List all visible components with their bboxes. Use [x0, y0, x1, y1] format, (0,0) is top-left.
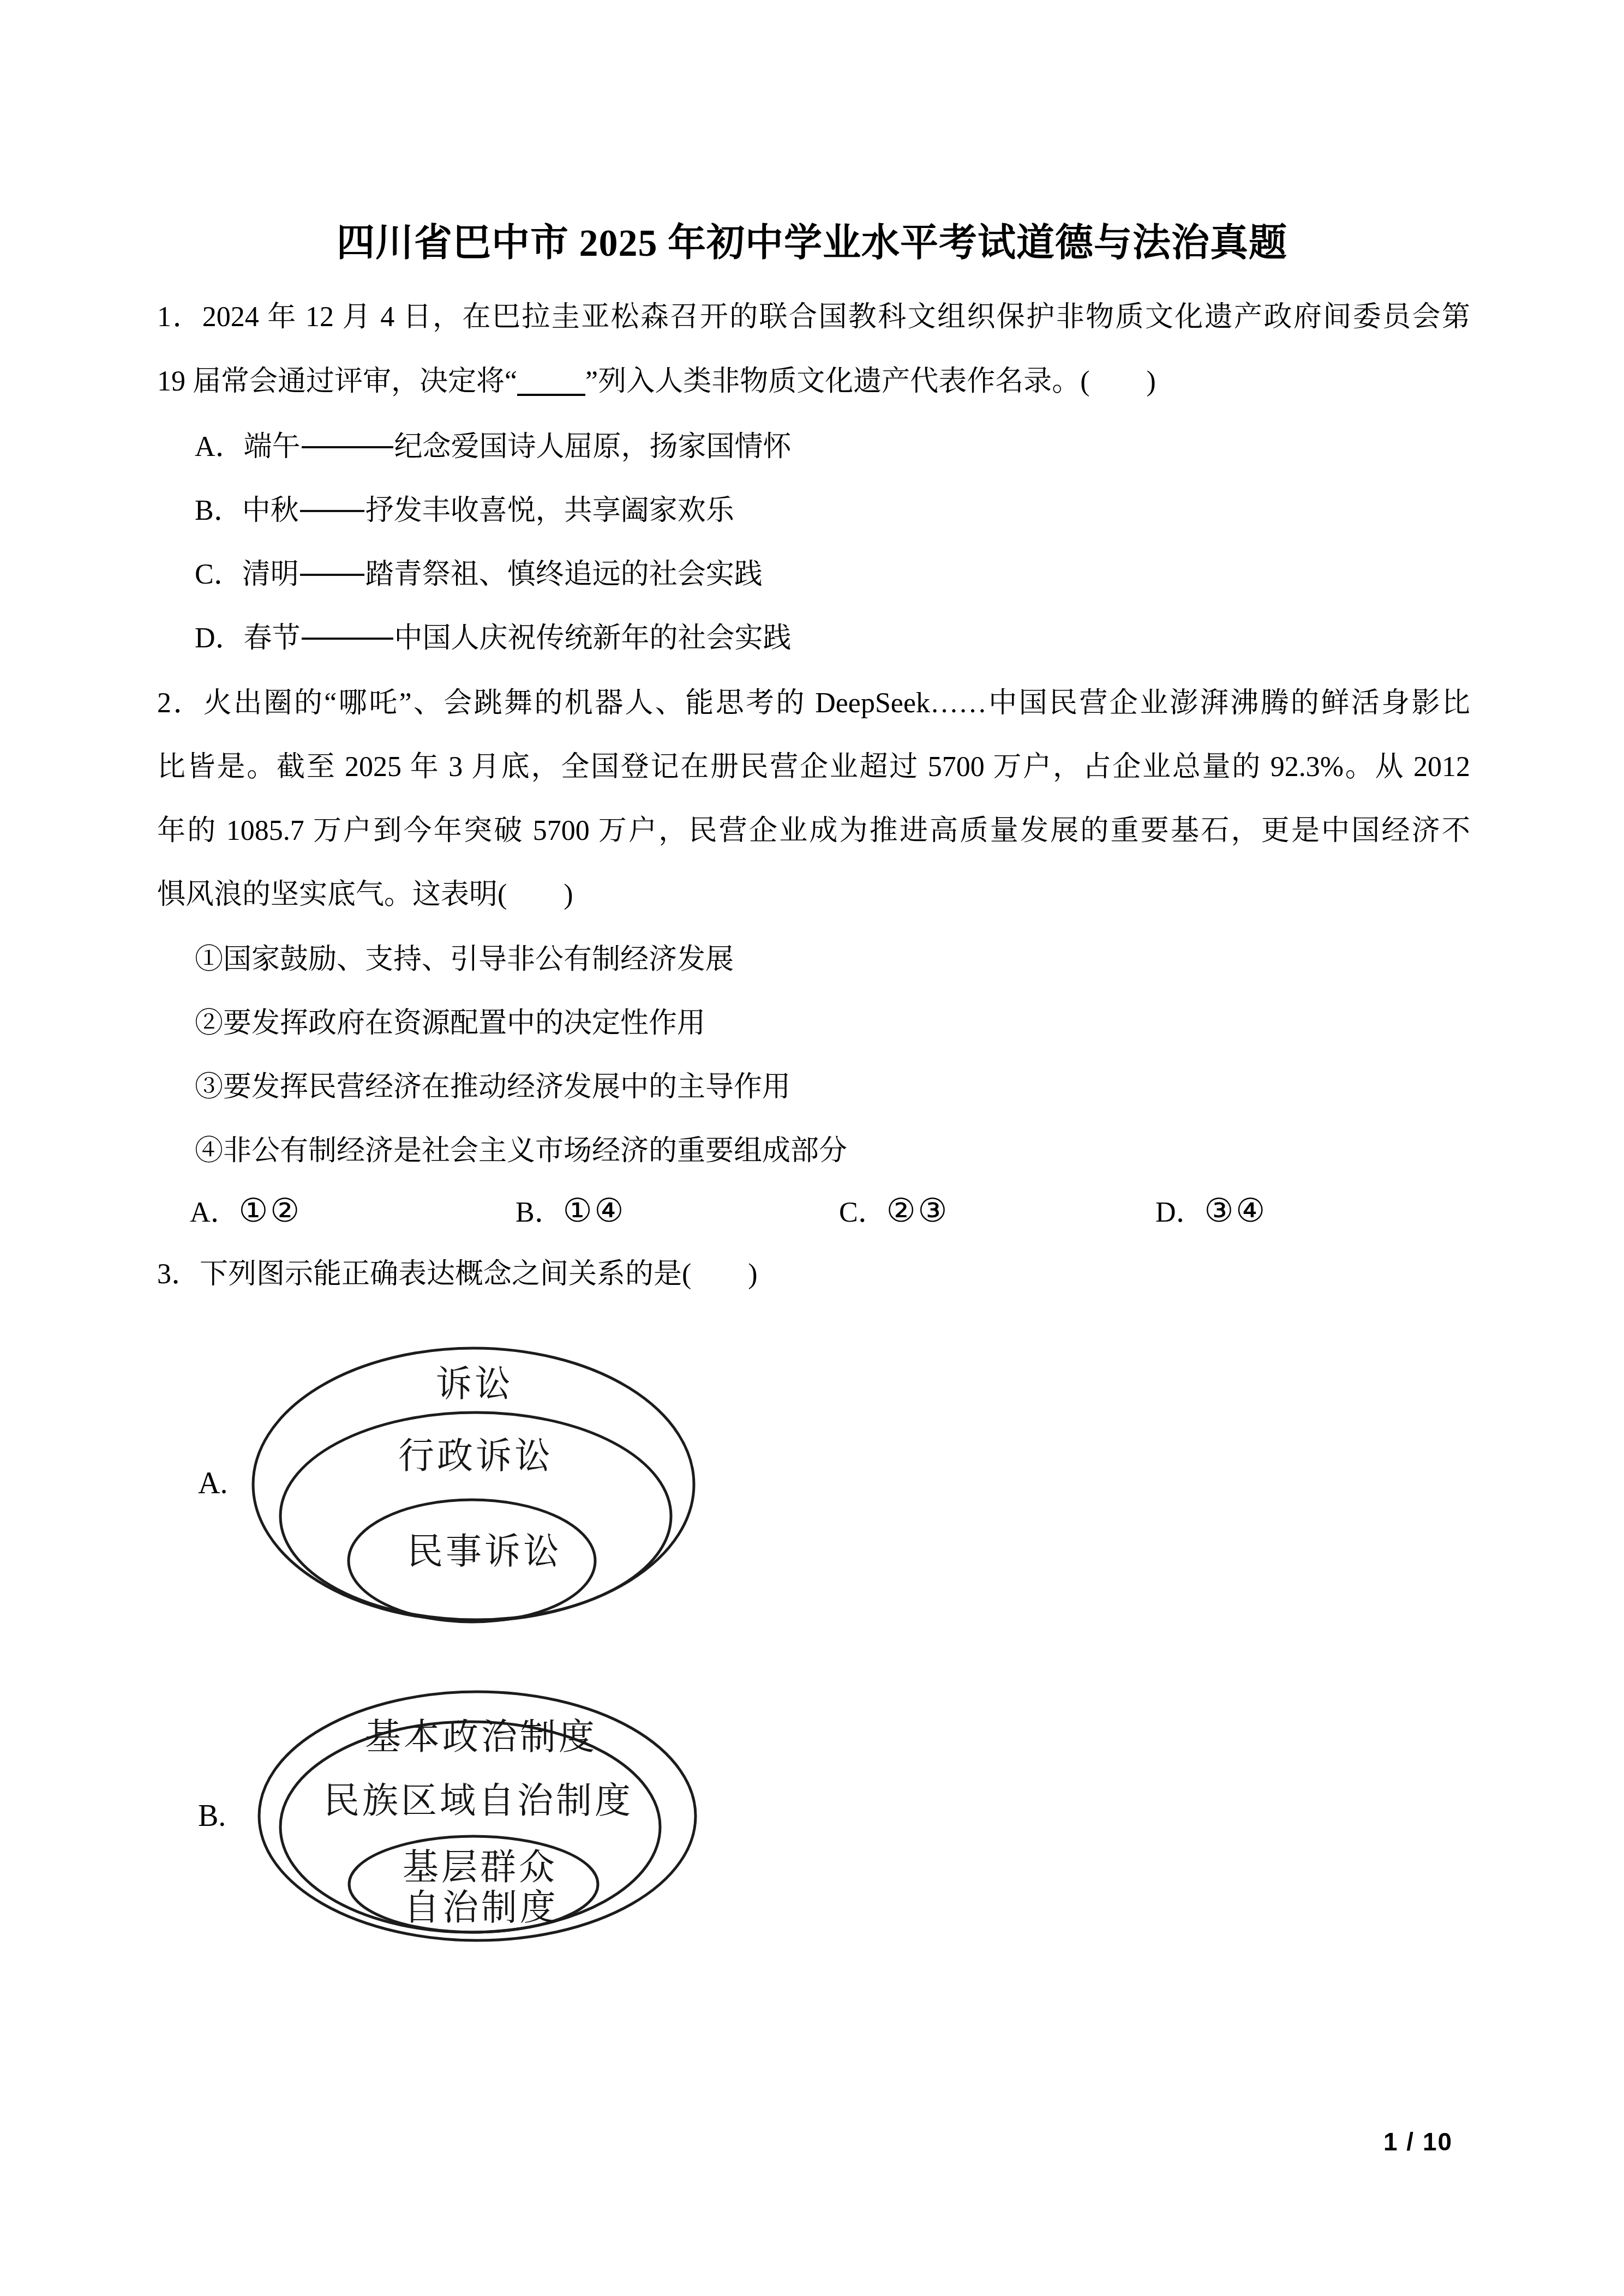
diagram-a-label: A.	[198, 1466, 227, 1501]
em-dash-long	[302, 446, 393, 448]
question-1-line-2-post: ”列入人类非物质文化遗产代表作名录。( )	[585, 366, 1156, 397]
diagram-a-inner-label: 民事诉讼	[407, 1532, 562, 1572]
answer-a-numbers: ①②	[239, 1193, 302, 1229]
question-2-line-1: 2．火出圈的“哪吒”、会跳舞的机器人、能思考的 DeepSeek……中国民营企业…	[157, 686, 1470, 721]
answer-d-numbers: ③④	[1204, 1193, 1268, 1229]
question-1-line-2: 19 届常会通过评审，决定将“”列入人类非物质文化遗产代表作名录。( )	[157, 364, 1470, 399]
diagram-b-label: B.	[198, 1799, 226, 1834]
page-title: 四川省巴中市 2025 年初中学业水平考试道德与法治真题	[0, 222, 1624, 266]
question-3-line-1: 3．下列图示能正确表达概念之间关系的是( )	[157, 1257, 1470, 1292]
diagram-b-inner-label-line-2: 自治制度	[404, 1888, 559, 1928]
em-dash-long	[302, 638, 393, 640]
option-d-subject: D．春节	[195, 623, 301, 654]
answer-b-label: B．	[516, 1197, 563, 1228]
question-1-option-b: B．中秋抒发丰收喜悦，共享阖家欢乐	[195, 494, 1470, 528]
option-c-subject: C．清明	[195, 559, 299, 590]
answer-b-numbers: ①④	[563, 1193, 626, 1229]
exam-document-page: 四川省巴中市 2025 年初中学业水平考试道德与法治真题 1．2024 年 12…	[0, 0, 1624, 2296]
diagram-a-outer-label: 诉讼	[436, 1365, 513, 1404]
answer-option-b: B．①④	[516, 1186, 626, 1237]
question-2-statement-2: ②要发挥政府在资源配置中的决定性作用	[195, 1006, 1470, 1041]
option-d-description: 中国人庆祝传统新年的社会实践	[394, 623, 792, 654]
option-a-description: 纪念爱国诗人屈原，扬家国情怀	[394, 431, 792, 462]
em-dash-short	[300, 510, 364, 512]
page-number: 1 / 10	[1383, 2127, 1453, 2156]
question-2-line-4: 惧风浪的坚实底气。这表明( )	[157, 877, 1470, 912]
question-2-line-2: 比皆是。截至 2025 年 3 月底，全国登记在册民营企业超过 5700 万户，…	[157, 750, 1470, 785]
answer-option-a: A．①②	[190, 1186, 302, 1237]
answer-a-label: A．	[190, 1197, 239, 1228]
option-a-subject: A．端午	[195, 431, 301, 462]
diagram-a-middle-label: 行政诉讼	[398, 1436, 553, 1476]
answer-d-label: D．	[1155, 1197, 1204, 1228]
diagram-b-middle-label: 民族区域自治制度	[323, 1781, 633, 1821]
question-2-statement-4: ④非公有制经济是社会主义市场经济的重要组成部分	[195, 1134, 1470, 1169]
answer-option-d: D．③④	[1155, 1186, 1267, 1237]
question-2-line-3: 年的 1085.7 万户到今年突破 5700 万户，民营企业成为推进高质量发展的…	[157, 814, 1470, 849]
option-b-subject: B．中秋	[195, 495, 299, 526]
diagram-b-outer-label: 基本政治制度	[365, 1717, 597, 1757]
venn-diagram-a: 诉讼 行政诉讼 民事诉讼	[248, 1343, 701, 1632]
question-1-option-c: C．清明踏青祭祖、慎终追远的社会实践	[195, 557, 1470, 592]
question-2-statement-3: ③要发挥民营经济在推动经济发展中的主导作用	[195, 1070, 1470, 1105]
diagram-b-inner-label-line-1: 基层群众	[403, 1848, 558, 1888]
question-2-answer-row: A．①② B．①④ C．②③ D．③④	[157, 1186, 1470, 1235]
question-1-option-a: A．端午纪念爱国诗人屈原，扬家国情怀	[195, 430, 1470, 465]
question-1-line-2-pre: 19 届常会通过评审，决定将“	[157, 366, 517, 397]
question-1-line-1: 1．2024 年 12 月 4 日，在巴拉圭亚松森召开的联合国教科文组织保护非物…	[157, 300, 1470, 335]
fill-in-blank-line	[517, 394, 585, 396]
question-2-statement-1: ①国家鼓励、支持、引导非公有制经济发展	[195, 942, 1470, 977]
venn-diagram-b: 基本政治制度 民族区域自治制度 基层群众 自治制度	[251, 1688, 704, 1944]
answer-option-c: C．②③	[839, 1186, 949, 1237]
em-dash-short	[300, 574, 364, 576]
option-b-description: 抒发丰收喜悦，共享阖家欢乐	[365, 495, 734, 526]
answer-c-label: C．	[839, 1197, 886, 1228]
option-c-description: 踏青祭祖、慎终追远的社会实践	[365, 559, 763, 590]
question-1-option-d: D．春节中国人庆祝传统新年的社会实践	[195, 621, 1470, 656]
answer-c-numbers: ②③	[886, 1193, 950, 1229]
